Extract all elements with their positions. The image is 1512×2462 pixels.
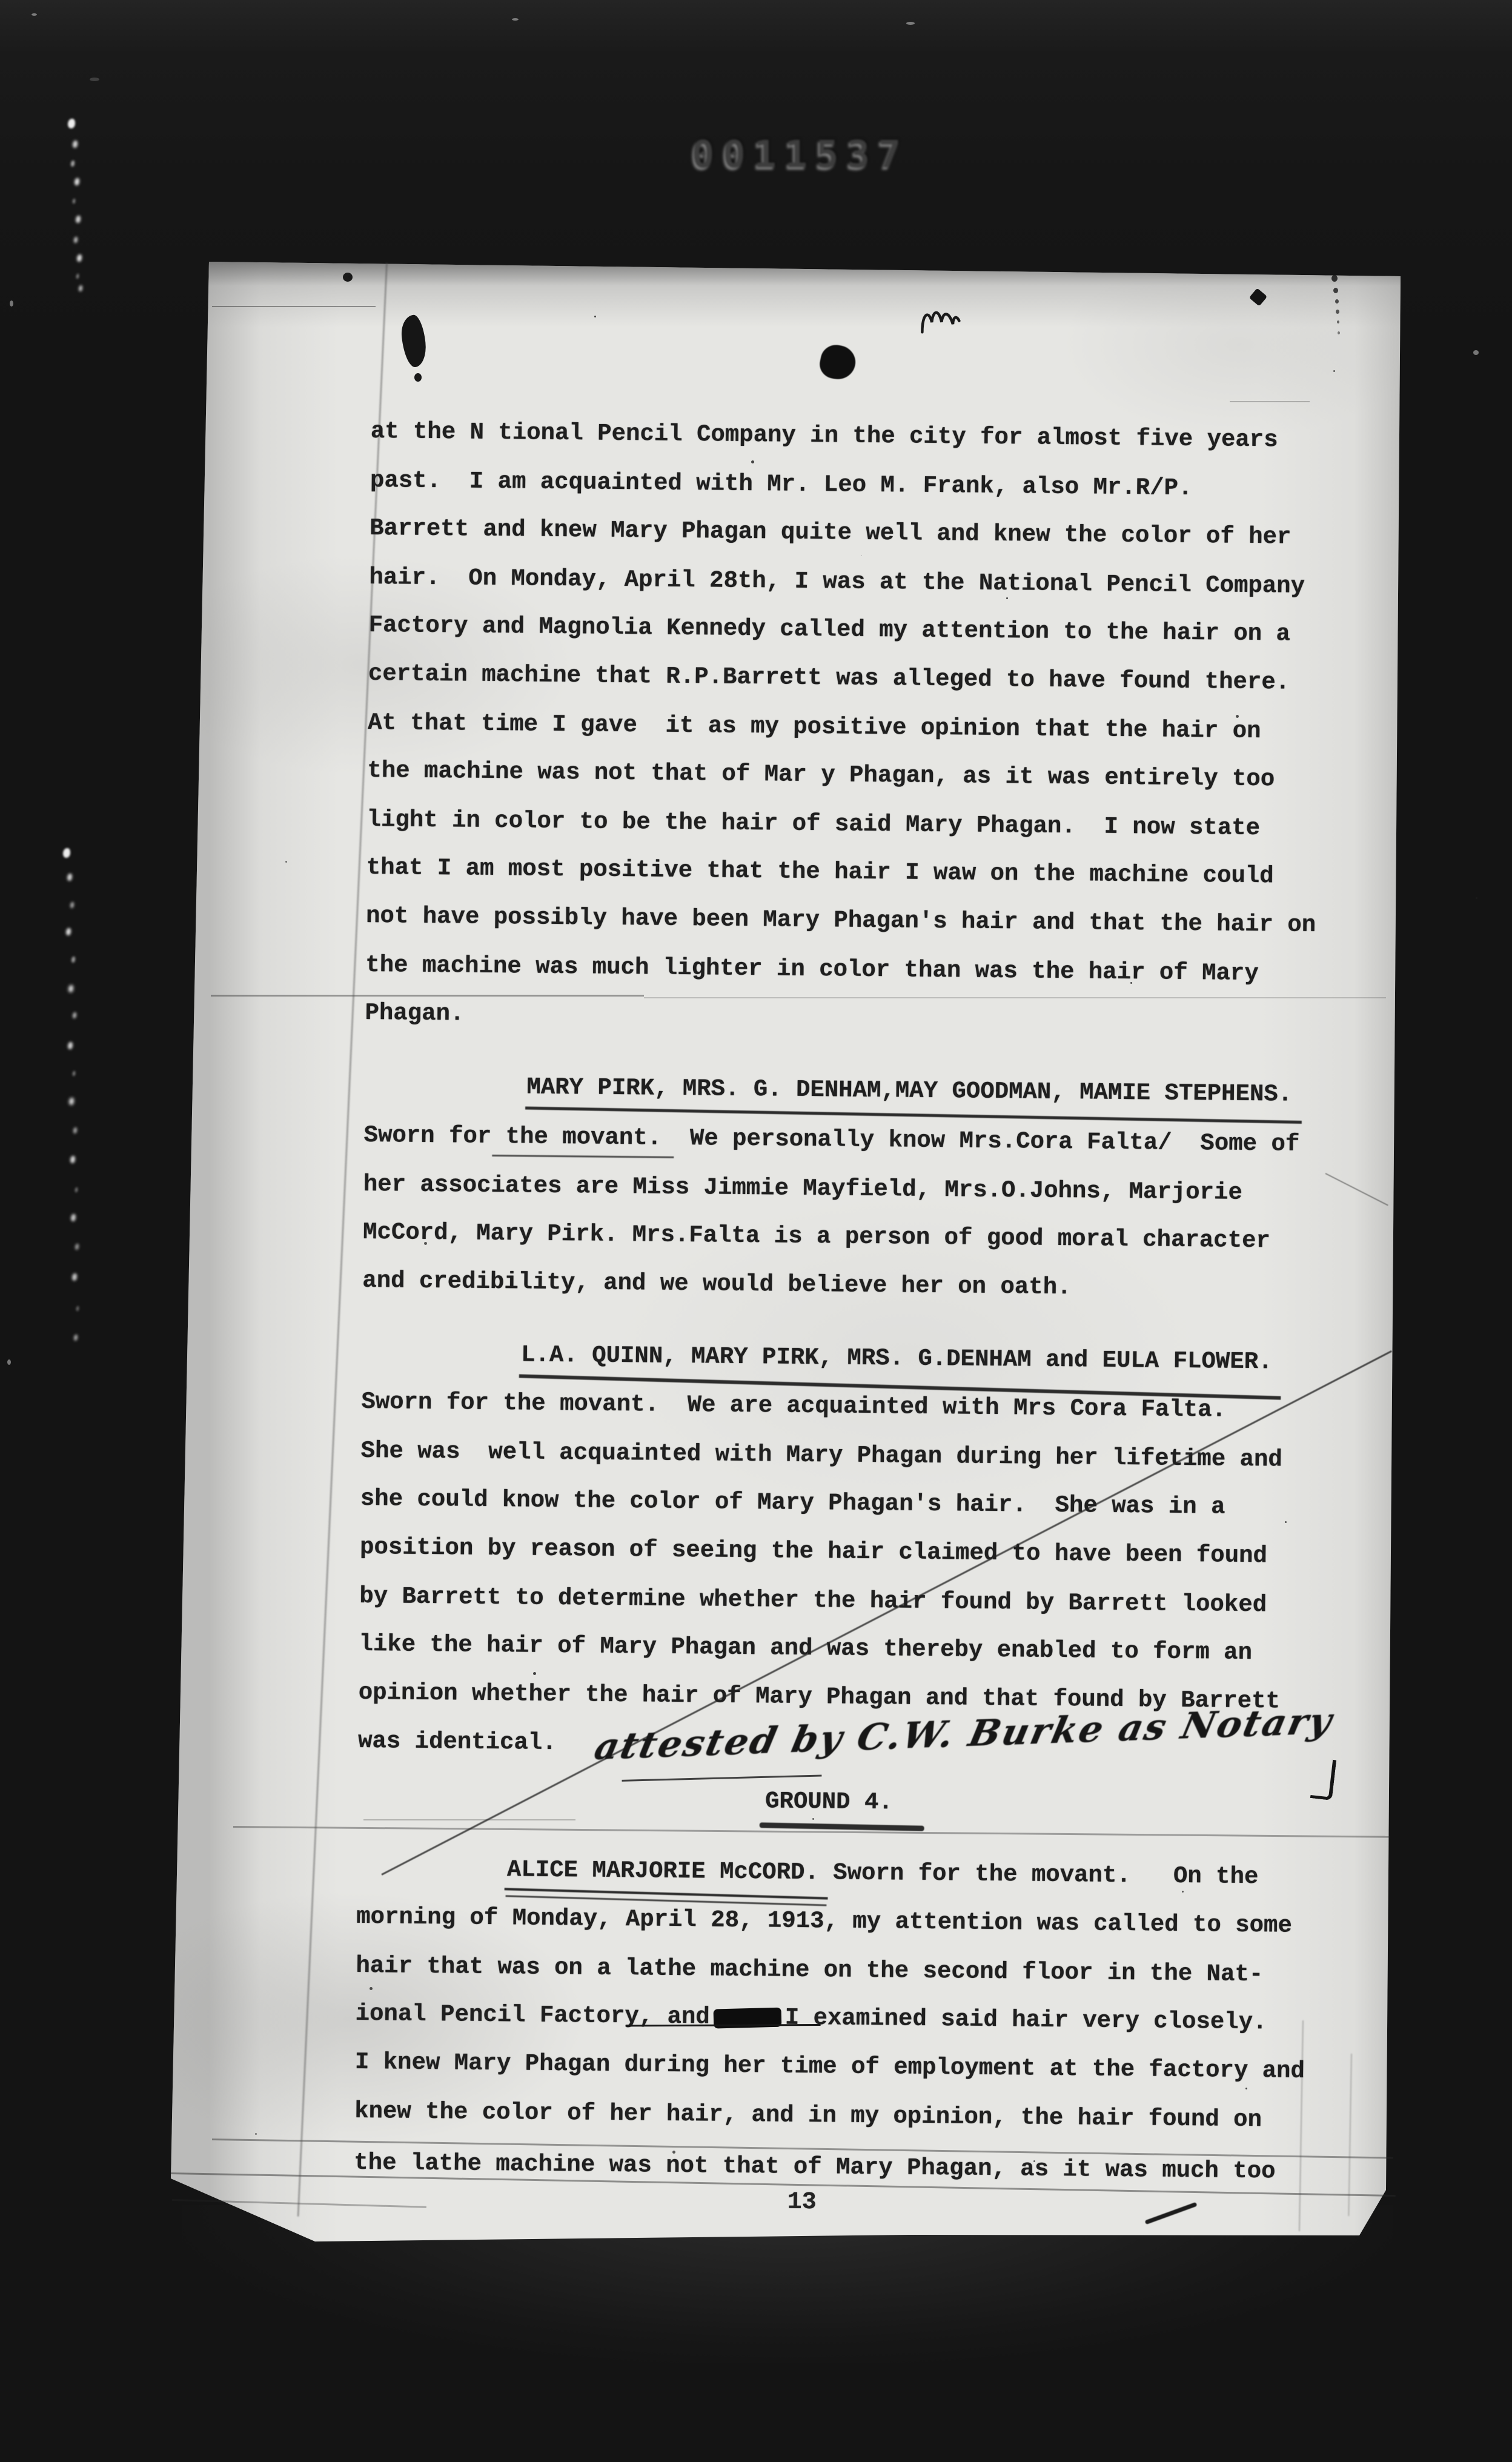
film-speck — [31, 13, 37, 16]
typed-line: past. I am acquainted with Mr. Leo M. Fr… — [370, 467, 1193, 502]
film-speck — [906, 22, 915, 25]
film-speck — [7, 1359, 11, 1365]
section-heading-mccord: ALICE MARJORIE McCORD. — [507, 1856, 819, 1886]
section-heading-ground-4: GROUND 4. — [765, 1788, 893, 1816]
typed-line: hair. On Monday, April 28th, I was at th… — [369, 564, 1305, 600]
typed-text — [819, 1859, 834, 1886]
typed-line: morning of Monday, April 28, 1913, my at… — [356, 1903, 1292, 1939]
movant-underline — [492, 1155, 674, 1158]
typed-line: her associates are Miss Jimmie Mayfield,… — [363, 1171, 1242, 1206]
typed-line: that I am most positive that the hair I … — [366, 854, 1274, 889]
typed-line: knew the color of her hair, and in my op… — [354, 2098, 1262, 2133]
typed-line: light in color to be the hair of said Ma… — [366, 806, 1260, 841]
typed-line: At that time I gave it as my positive op… — [368, 709, 1261, 745]
typed-text: I examined said hair very closely. — [785, 2005, 1267, 2036]
typed-line-with-redaction: ional Pencil Factory, andI examined said… — [356, 2000, 1267, 2036]
typed-line: and credibility, and we would believe he… — [362, 1267, 1072, 1301]
typed-line-with-heading: ALICE MARJORIE McCORD. Sworn for the mov… — [507, 1856, 1259, 1890]
page-number: 13 — [787, 2189, 817, 2216]
film-speck — [10, 300, 13, 307]
typed-line: She was well acquainted with Mary Phagan… — [360, 1438, 1282, 1473]
film-speck — [90, 78, 99, 81]
typed-line: she could know the color of Mary Phagan'… — [360, 1485, 1225, 1521]
handwriting-underline — [622, 1774, 821, 1781]
typed-line: the machine was much lighter in color th… — [365, 952, 1259, 987]
typed-line: I knew Mary Phagan during her time of em… — [355, 2049, 1305, 2085]
film-frame-number-stamp: 0011537 — [692, 132, 909, 176]
pencil-rule — [212, 306, 376, 307]
typed-line: hair that was on a lathe machine on the … — [356, 1953, 1263, 1988]
ink-blot-tail — [414, 373, 422, 382]
typed-line: like the hair of Mary Phagan and was the… — [359, 1631, 1252, 1666]
typed-line: by Barrett to determine whether the hair… — [359, 1583, 1267, 1618]
typed-text-block: at the N tional Pencil Company in the ci… — [353, 418, 1364, 2281]
typed-line: was identical. — [358, 1728, 557, 1756]
section-heading-witnesses-2: L.A. QUINN, MARY PIRK, MRS. G.DENHAM and… — [521, 1341, 1273, 1375]
typed-line: McCord, Mary Pirk. Mrs.Falta is a person… — [363, 1219, 1270, 1254]
microfilm-scan: { "film": { "stamp_number": "0011537" },… — [0, 0, 1512, 2462]
typed-line: Sworn for the movant. We personally know… — [363, 1122, 1299, 1158]
typed-line: Barrett and knew Mary Phagan quite well … — [370, 515, 1291, 551]
typed-line: Factory and Magnolia Kennedy called my a… — [369, 612, 1291, 648]
section-heading-witnesses-1: MARY PIRK, MRS. G. DENHAM,MAY GOODMAN, M… — [526, 1074, 1292, 1108]
film-speck — [1473, 350, 1479, 355]
film-speck — [512, 18, 519, 21]
typed-text: Sworn for the movant. On the — [833, 1859, 1259, 1890]
typed-line: the machine was not that of Mar y Phagan… — [367, 757, 1275, 792]
typed-line: position by reason of seeing the hair cl… — [360, 1534, 1267, 1569]
ink-drip-dots — [1331, 275, 1338, 282]
typed-line: the lathe machine was not that of Mary P… — [354, 2149, 1276, 2185]
page-speckle-noise — [348, 276, 351, 279]
pen-squiggle-mark — [917, 301, 964, 339]
typed-line: Phagan. — [365, 1000, 464, 1027]
pencil-rule — [1230, 401, 1310, 402]
typed-line: not have possibly have been Mary Phagan'… — [366, 903, 1316, 938]
typed-line: certain machine that R.P.Barrett was all… — [368, 660, 1290, 696]
heading-underline — [525, 1107, 1302, 1124]
heading-underline — [760, 1822, 924, 1831]
handwriting-hook-mark — [1310, 1757, 1336, 1800]
